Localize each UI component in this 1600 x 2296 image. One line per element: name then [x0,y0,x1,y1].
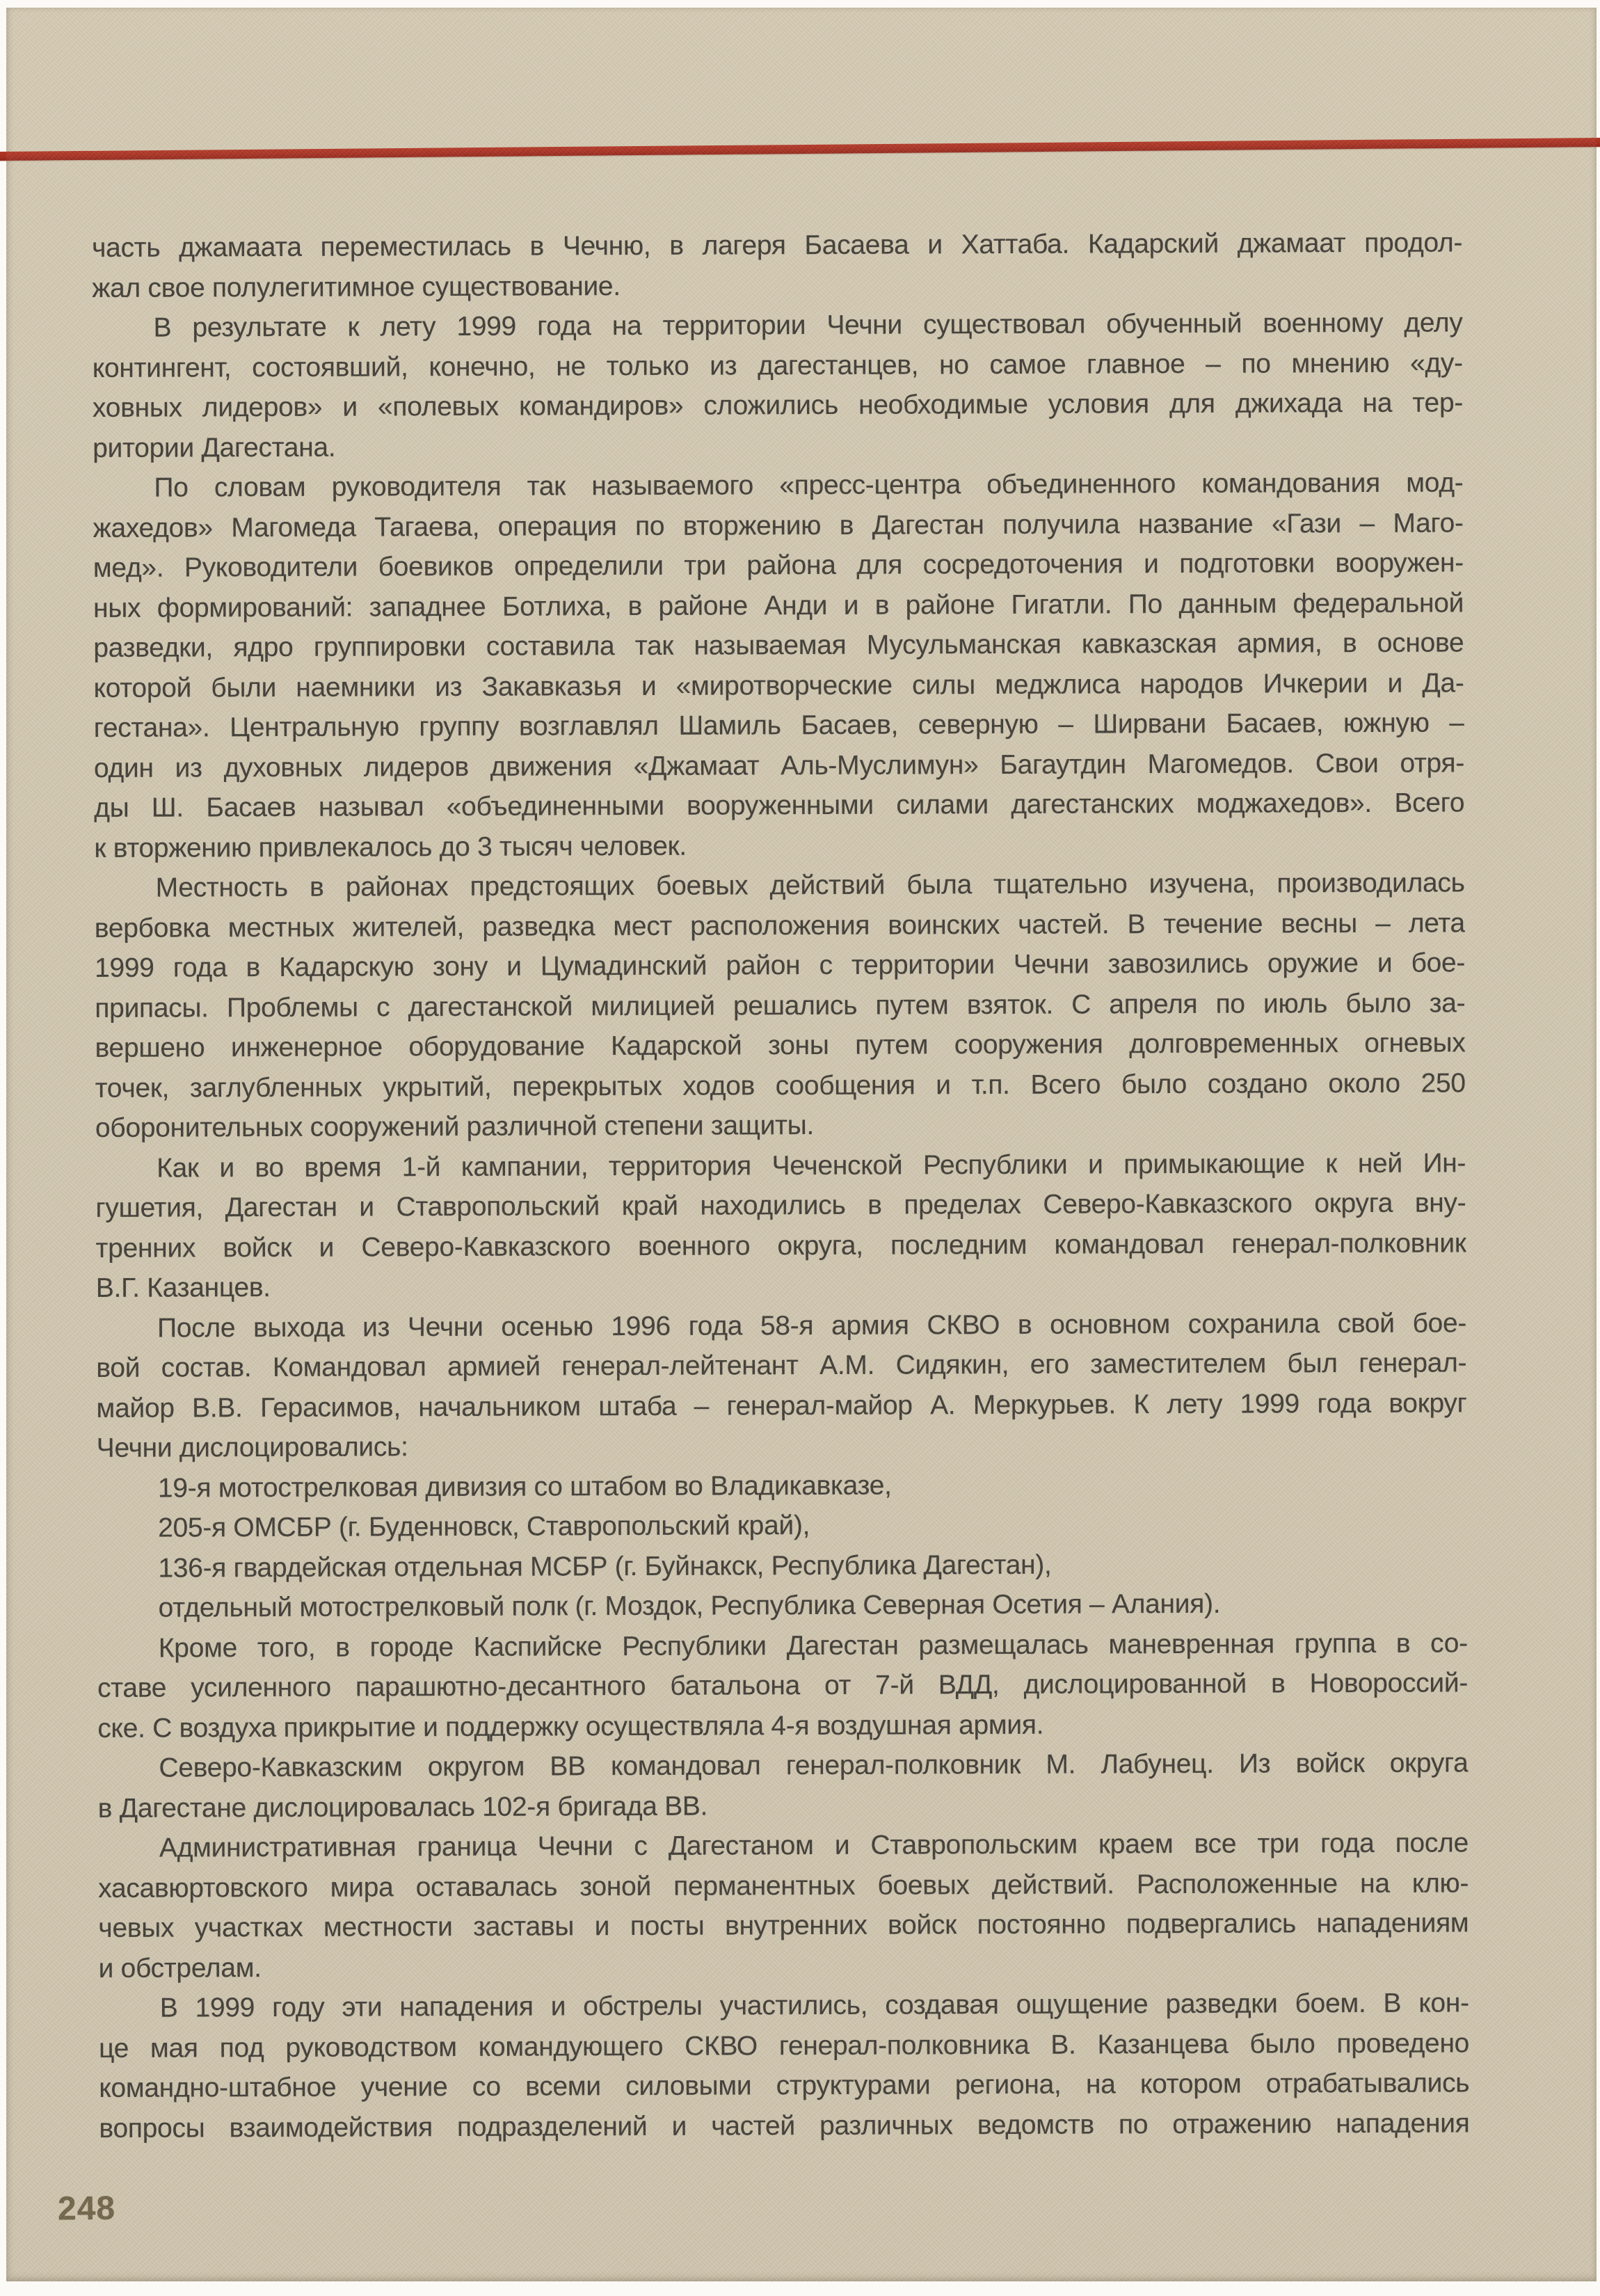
text-line: В.Г. Казанцев. [96,1263,1466,1308]
text-line: Северо-Кавказским округом ВВ командовал … [97,1743,1468,1788]
text-line: По словам руководителя так называемого «… [93,463,1463,508]
text-line: 205-я ОМСБР (г. Буденновск, Ставропольск… [97,1503,1467,1548]
text-line: ритории Дагестана. [93,423,1463,468]
text-line: вопросы взаимодействия подразделений и ч… [99,2103,1469,2148]
book-page-paper: часть джамаата переместилась в Чечню, в … [6,8,1597,2281]
text-line: ставе усиленного парашютно-десантного ба… [97,1663,1468,1708]
text-line: 1999 года в Кадарскую зону и Цумадинский… [95,943,1465,988]
text-line: и обстрелам. [98,1943,1469,1988]
text-line: Как и во время 1-й кампании, территория … [95,1143,1466,1188]
top-red-rule [0,138,1600,161]
text-line: ховных лидеров» и «полевых командиров» с… [93,383,1463,428]
text-line: вербовка местных жителей, разведка мест … [95,903,1465,948]
text-line: вой состав. Командовал армией генерал-ле… [96,1343,1466,1388]
text-line: вершено инженерное оборудование Кадарско… [95,1023,1465,1068]
text-line: ды Ш. Басаев называл «объединенными воор… [94,783,1464,828]
text-line: припасы. Проблемы с дагестанской милицие… [95,983,1465,1028]
text-line: оборонительных сооружений различной степ… [95,1103,1466,1148]
body-text: часть джамаата переместилась в Чечню, в … [92,223,1470,2148]
text-line: чевых участках местности заставы и посты… [98,1903,1469,1948]
text-line: командно-штабное учение со всеми силовым… [99,2063,1469,2108]
text-line: жахедов» Магомеда Тагаева, операция по в… [93,503,1464,548]
text-line: Местность в районах предстоящих боевых д… [95,863,1465,908]
scan-frame: часть джамаата переместилась в Чечню, в … [0,0,1600,2296]
text-line: В результате к лету 1999 года на террито… [92,303,1462,348]
text-line: После выхода из Чечни осенью 1996 года 5… [96,1303,1466,1348]
text-line: гестана». Центральную группу возглавлял … [94,703,1464,748]
text-line: Кроме того, в городе Каспийске Республик… [97,1623,1468,1668]
text-line: контингент, состоявший, конечно, не толь… [93,343,1463,388]
text-line: часть джамаата переместилась в Чечню, в … [92,223,1462,268]
text-line: ске. С воздуха прикрытие и поддержку осу… [97,1703,1468,1748]
text-line: В 1999 году эти нападения и обстрелы уча… [99,1983,1469,2028]
text-line: ных формирований: западнее Ботлиха, в ра… [93,583,1464,628]
text-line: точек, заглубленных укрытий, перекрытых … [95,1063,1466,1108]
text-line: Административная граница Чечни с Дагеста… [98,1823,1469,1868]
text-line: разведки, ядро группировки составила так… [93,623,1464,668]
text-line: мед». Руководители боевиков определили т… [93,543,1464,588]
text-line: Чечни дислоцировались: [97,1423,1467,1468]
text-line: в Дагестане дислоцировалась 102-я бригад… [98,1783,1469,1828]
page-number: 248 [58,2190,116,2229]
text-line: 19-я мотострелковая дивизия со штабом во… [97,1463,1467,1508]
text-line: 136-я гвардейская отдельная МСБР (г. Буй… [97,1543,1467,1588]
text-line: отдельный мотострелковый полк (г. Моздок… [97,1583,1468,1628]
text-line: це мая под руководством командующего СКВ… [99,2023,1469,2068]
text-line: гушетия, Дагестан и Ставропольский край … [95,1183,1466,1228]
text-line: хасавюртовского мира оставалась зоной пе… [98,1863,1469,1908]
text-line: к вторжению привлекалось до 3 тысяч чело… [94,823,1464,868]
text-line: тренних войск и Северо-Кавказского военн… [96,1223,1466,1268]
text-line: которой были наемники из Закавказья и «м… [93,663,1464,708]
text-line: жал свое полулегитимное существование. [92,263,1462,308]
text-line: майор В.В. Герасимов, начальником штаба … [96,1383,1466,1428]
text-line: один из духовных лидеров движения «Джама… [94,743,1464,788]
